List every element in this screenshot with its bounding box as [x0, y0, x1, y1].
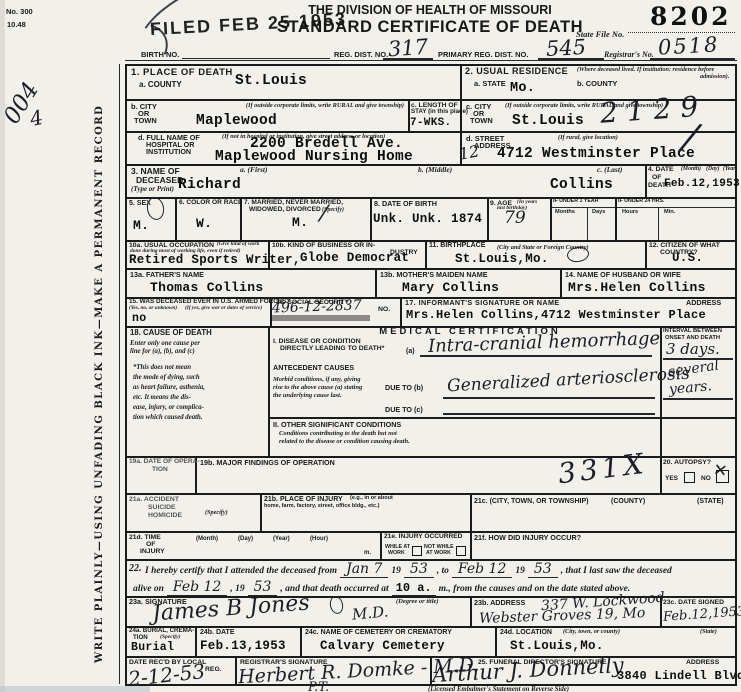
due-b-line	[443, 397, 655, 399]
rule	[370, 197, 372, 240]
rule	[658, 207, 659, 240]
rule	[235, 656, 237, 684]
box21b-note-2: home, farm, factory, street, office bldg…	[264, 504, 379, 510]
box4-label: 4. DATE	[648, 166, 674, 173]
death-time-value: 10 a.	[392, 581, 436, 596]
rule	[260, 493, 262, 531]
box1-county-value: St.Louis	[235, 74, 307, 89]
box2-street-hand: 12	[458, 143, 481, 162]
box19b-hand-code: 331X	[557, 450, 649, 489]
box18-star-note-4: etc. It means the dis-	[133, 394, 191, 401]
certify-text: alive on	[133, 584, 164, 594]
box17-label: 17. INFORMANT'S SIGNATURE OR NAME	[405, 299, 560, 307]
autopsy-no-label: NO	[701, 476, 711, 483]
rule	[300, 626, 302, 656]
rule	[470, 531, 472, 559]
box16-label-2: NO.	[378, 306, 390, 313]
box11-value: St.Louis,Mo.	[455, 253, 549, 266]
due-to-b-value: Generalized arteriosclerosis	[447, 366, 691, 396]
box9-sub2-header: IF UNDER 24 HRS.	[618, 199, 665, 205]
box1-city-note: (If outside corporate limits, write RURA…	[172, 103, 404, 110]
certificate-number: 8202	[650, 2, 732, 31]
box15-value: no	[132, 313, 146, 325]
while-at-work-checkbox	[412, 546, 422, 556]
funeral-address-value: 3840 Lindell Blvd.	[617, 670, 741, 682]
box2-street-note: (If rural, give location)	[558, 135, 618, 142]
box21d-col-year: (Year)	[273, 536, 290, 542]
rule	[268, 417, 737, 419]
box24d-note: (City, town, or county)	[563, 629, 620, 636]
box23b-label: 23b. ADDRESS	[474, 599, 525, 607]
physician-address-2: Webster Groves 19, Mo	[479, 606, 646, 626]
date-received-label-2: REG.	[205, 666, 222, 673]
box10a-note: (Give kind of work	[217, 242, 259, 248]
box18-star-note-3: as heart failure, asthenia,	[133, 384, 205, 391]
box10b-label: 10b. KIND OF BUSINESS OR IN-	[272, 242, 375, 249]
box17-address-label: ADDRESS	[686, 299, 721, 307]
box3-last-label: c. (Last)	[597, 166, 622, 174]
rule	[268, 326, 270, 456]
box19a-label-2: TION	[152, 467, 168, 474]
box2-city-value: St.Louis	[512, 114, 584, 129]
interval-line-2	[663, 398, 733, 400]
box4-col-month: (Month)	[681, 166, 701, 172]
box18-note-2: line for (a), (b), and (c)	[130, 348, 195, 355]
box1-hospital-value-2: Maplewood Nursing Home	[215, 150, 413, 165]
box24a-note: (Specify)	[160, 635, 181, 641]
box7-hand-mark: /	[319, 203, 329, 226]
box3-first-value: Richard	[178, 178, 241, 193]
due-to-b-label: DUE TO (b)	[385, 384, 423, 392]
registrar-no-value: 0518	[657, 34, 719, 58]
box9-hours-label: Hours	[622, 210, 638, 216]
box24c-label: 24c. NAME OF CEMETERY OR CREMATORY	[305, 629, 452, 636]
interval-header-1: INTERVAL BETWEEN	[663, 328, 722, 334]
box3-label-3: (Type or Print)	[131, 186, 174, 193]
box15-note: (Yes, no, or unknown)	[129, 306, 177, 312]
rule	[380, 531, 382, 559]
due-b-interval-1: several	[667, 359, 720, 380]
box18-star-note-6: tion which caused death.	[133, 414, 203, 421]
rule	[125, 626, 737, 628]
box4-col-day: (Day)	[706, 166, 720, 172]
rule	[125, 60, 737, 61]
death-certificate-scan: No. 300 10.48 WRITE PLAINLY—USING UNFADI…	[0, 0, 741, 692]
box15-note-2: (If yes, give war or dates of service)	[185, 306, 262, 312]
box2-county-label: b. COUNTY	[577, 80, 617, 88]
certify-line-2: alive on Feb 12 , 19 53 , and that death…	[133, 579, 630, 596]
rule	[470, 596, 472, 626]
autopsy-yes-checkbox	[684, 472, 695, 483]
box5-value: M.	[133, 219, 149, 232]
reverse-side-note: (Licensed Embalmer's Statement on Revers…	[428, 686, 569, 692]
disease-line	[420, 355, 652, 357]
box2-note-2: admission).	[700, 74, 729, 81]
not-while-at-work-checkbox	[456, 546, 466, 556]
box10a-value: Retired Sports Writer,	[129, 254, 301, 267]
box20-label: 20. AUTOPSY?	[663, 459, 711, 466]
due-to-c-label: DUE TO (c)	[385, 406, 423, 414]
rule	[560, 268, 562, 297]
box4-label-of: OF	[652, 174, 661, 181]
box13a-value: Thomas Collins	[150, 281, 263, 294]
rule	[615, 197, 617, 240]
box13b-label: 13b. MOTHER'S MAIDEN NAME	[380, 271, 488, 279]
disease-label-2: DIRECTLY LEADING TO DEATH*	[280, 345, 384, 352]
reg-dist-value: 317	[387, 37, 428, 61]
state-file-blank-line	[628, 32, 735, 33]
attended-from-date: Jan 7	[340, 561, 388, 578]
box1-stay-label-2: STAY (in this place)	[411, 109, 468, 116]
certify-text: 19	[515, 566, 525, 576]
rule	[550, 197, 552, 240]
box1-county-label: a. COUNTY	[139, 81, 182, 89]
rule	[125, 493, 737, 495]
rule	[487, 197, 489, 240]
box21e-not-label-2: AT WORK	[426, 551, 451, 557]
box24b-value: Feb.13,1953	[200, 640, 286, 653]
box7-label-2: WIDOWED, DIVORCED	[249, 207, 321, 214]
reg-dist-label: REG. DIST. NO.	[334, 51, 388, 59]
box24a-value: Burial	[131, 642, 174, 654]
box13a-label: 13a. FATHER'S NAME	[130, 271, 204, 279]
birth-no-blank	[182, 58, 330, 59]
box21f-label: 21f. HOW DID INJURY OCCUR?	[474, 534, 581, 542]
autopsy-yes-label: YES	[665, 476, 678, 483]
box21b-note-1: (e.g., in or about	[350, 496, 393, 502]
rule	[735, 64, 737, 684]
box4-value: Feb.12,1953	[664, 179, 740, 190]
box24d-value: St.Louis,Mo.	[510, 640, 604, 653]
box4-col-year: (Year)	[723, 166, 738, 172]
box21d-col-hour: (Hour)	[310, 536, 328, 542]
rule	[645, 240, 647, 268]
rule	[550, 207, 737, 208]
box6-value: W.	[196, 217, 212, 230]
box14-label: 14. NAME OF HUSBAND OR WIFE	[565, 271, 681, 279]
rule	[119, 64, 120, 684]
form-revision: 10.48	[7, 21, 26, 29]
box1-hospital-label-3: INSTITUTION	[146, 148, 191, 156]
box1-city-value: Maplewood	[196, 114, 277, 129]
antecedent-note-1: Morbid conditions, if any, giving	[273, 377, 361, 384]
degree-label: (Degree or title)	[396, 599, 439, 606]
box21e-label: 21e. INJURY OCCURRED	[384, 534, 462, 541]
box6-label: 6. COLOR OR RACE	[179, 200, 242, 207]
box18-title: 18. CAUSE OF DEATH	[130, 329, 212, 337]
box3-first-label: a. (First)	[240, 166, 268, 174]
disease-sub-label: (a)	[406, 348, 415, 355]
registrar-no-label: Registrar's No.	[604, 51, 654, 59]
box24d-label: 24d. LOCATION	[500, 629, 552, 636]
box18-star-note-1: *This does not mean	[133, 364, 191, 371]
rule	[400, 297, 402, 326]
box16-value: 496-12-2837	[272, 298, 362, 315]
attended-to-year: 53	[528, 561, 558, 578]
box24b-label: 24b. DATE	[200, 629, 235, 636]
box14-value: Mrs.Helen Collins	[568, 281, 706, 294]
box2-note: (Where deceased lived. If institution: r…	[577, 67, 714, 74]
rule	[660, 456, 662, 493]
box21d-col-month: (Month)	[196, 536, 218, 542]
box2-title: 2. USUAL RESIDENCE	[465, 67, 568, 76]
box2-state-label: a. STATE	[474, 80, 506, 88]
box2-street-value: 4712 Westminster Place	[497, 147, 695, 162]
box2-city-label-town: TOWN	[470, 117, 493, 125]
box18-note: Enter only one cause per	[130, 340, 200, 347]
box21d-label-3: INJURY	[140, 548, 165, 555]
scan-edge-artifact	[0, 686, 150, 692]
box1-title: 1. PLACE OF DEATH	[131, 68, 233, 78]
attended-to-date: Feb 12	[452, 561, 512, 578]
certify-text: , to	[437, 566, 449, 576]
box7-value: M.	[292, 216, 308, 229]
box21d-m-label: m.	[364, 550, 371, 556]
box21d-label-1: 21d. TIME	[129, 534, 161, 541]
other-conditions-note-2: related to the disease or condition caus…	[279, 439, 410, 446]
box24c-value: Calvary Cemetery	[320, 640, 445, 653]
rule	[645, 164, 647, 197]
margin-scribble-2: 4	[28, 107, 45, 129]
box3-label-2: DECEASED	[136, 176, 183, 185]
registrar-note: P.T.	[308, 681, 329, 692]
box24d-state-note: (State)	[700, 629, 717, 636]
antecedent-label: ANTECEDENT CAUSES	[273, 364, 354, 372]
attended-from-year: 53	[404, 561, 434, 578]
box9-months-label: Months	[555, 210, 575, 216]
other-conditions-label: II. OTHER SIGNIFICANT CONDITIONS	[273, 421, 401, 429]
primary-reg-value: 545	[545, 37, 586, 60]
box18-star-note-2: the mode of dying, such	[133, 374, 200, 381]
box19b-label: 19b. MAJOR FINDINGS OF OPERATION	[200, 459, 335, 467]
box12-value: U.S.	[672, 252, 703, 265]
certify-text: m., from the causes and on the date stat…	[439, 584, 631, 594]
box1-city-label-town: TOWN	[134, 117, 157, 125]
antecedent-note-3: the underlying cause last.	[273, 393, 342, 400]
box21c-label: 21c. (CITY, TOWN, OR TOWNSHIP)	[474, 498, 588, 505]
box23c-label: 23c. DATE SIGNED	[663, 599, 724, 606]
rule	[375, 268, 377, 297]
due-b-interval-2: years.	[668, 379, 712, 397]
certify-text: I hereby certify that I attended the dec…	[145, 566, 337, 576]
birth-no-label: BIRTH NO.	[141, 51, 179, 59]
date-signed-value: Feb.12,1953	[663, 605, 741, 624]
degree-value: M.D.	[351, 604, 389, 622]
box3-middle-label: b. (Middle)	[418, 166, 452, 174]
box9-min-label: Min.	[664, 210, 675, 216]
box3-last-value: Collins	[550, 178, 613, 193]
box22-number: 22.	[129, 564, 142, 575]
box10b-value: Globe Democrat	[300, 252, 409, 265]
certify-text: , 19	[230, 584, 244, 594]
disease-interval-value: 3 days.	[666, 342, 720, 357]
box21a-note: (Specify)	[205, 510, 228, 517]
box9-value: 79	[504, 210, 526, 227]
box1-stay-value: 7-WKS.	[410, 118, 451, 129]
box21a-label-3: HOMICIDE	[148, 512, 182, 519]
certify-text: 19	[391, 566, 401, 576]
margin-instruction-text: WRITE PLAINLY—USING UNFADING BLACK INK—M…	[94, 78, 105, 663]
box19a-label: 19a. DATE OF OPERA-	[129, 459, 200, 466]
box11-label: 11. BIRTHPLACE	[429, 242, 485, 249]
rule	[195, 626, 197, 656]
box21a-label-1: 21a. ACCIDENT	[129, 496, 179, 503]
certify-line-1: I hereby certify that I attended the dec…	[145, 561, 672, 578]
box9-days-label: Days	[592, 210, 605, 216]
box21c-county-label: (COUNTY)	[611, 498, 645, 505]
box21a-label-2: SUICIDE	[148, 504, 176, 511]
box21c-state-label: (STATE)	[697, 498, 724, 505]
box8-value: Unk. Unk. 1874	[373, 213, 482, 226]
box2-state-value: Mo.	[510, 82, 535, 96]
box21e-while-label-2: WORK	[388, 551, 405, 557]
box21d-col-day: (Day)	[238, 536, 253, 542]
box8-label: 8. DATE OF BIRTH	[374, 200, 437, 208]
box17-value: Mrs.Helen Collins,4712 Westminster Place	[406, 309, 706, 321]
rule	[125, 64, 127, 684]
rule	[470, 493, 472, 531]
box18-star-note-5: ease, injury, or complica-	[133, 404, 204, 411]
funeral-address-label: ADDRESS	[686, 659, 719, 666]
form-number: No. 300	[6, 8, 33, 16]
disease-value: Intra-cranial hemorrhage	[428, 330, 661, 356]
autopsy-no-x-mark: ✕	[712, 462, 728, 481]
box13b-value: Mary Collins	[402, 281, 499, 294]
box9-sub1-header: IF UNDER 1 YEAR	[553, 199, 599, 205]
last-seen-date: Feb 12	[167, 579, 227, 596]
rule	[425, 240, 427, 268]
primary-reg-label: PRIMARY REG. DIST. NO.	[438, 51, 528, 59]
certify-text: , that I last saw the deceased	[561, 566, 672, 576]
other-conditions-note-1: Conditions contributing to the death but…	[279, 431, 397, 438]
rule	[495, 626, 497, 656]
rule	[175, 197, 177, 240]
due-c-line	[443, 413, 655, 415]
antecedent-note-2: rise to the above cause (a) stating	[273, 385, 362, 392]
rule	[587, 207, 588, 240]
rule	[125, 131, 737, 133]
